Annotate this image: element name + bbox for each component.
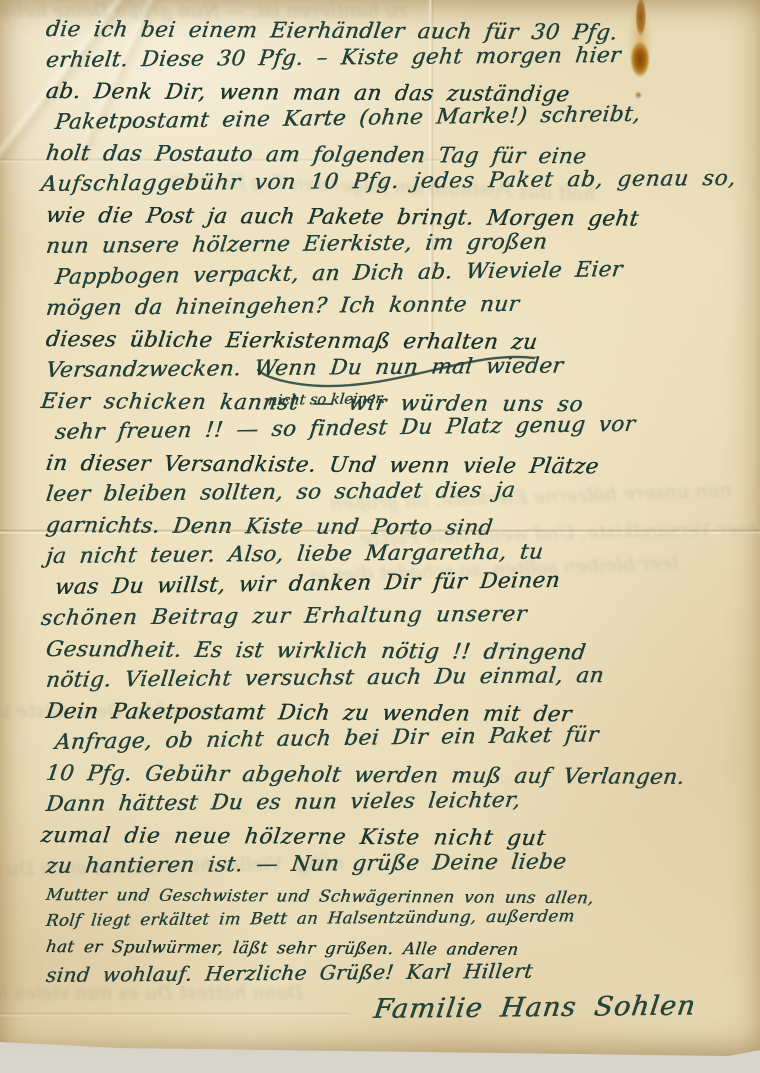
handwriting-line: leer bleiben sollten, so schadet dies ja: [44, 473, 746, 510]
handwriting-line: Dann hättest Du es nun vieles leichter,: [44, 783, 746, 820]
closing-row: sind wohlauf. Herzliche Grüße! Karl Hill…: [46, 960, 744, 990]
letter-body: die ich bei einem Eierhändler auch für 3…: [0, 0, 760, 1026]
insertion-note: nicht so kleiner.: [267, 391, 386, 409]
letter-page: holt das Postauto am folgenden Tag für e…: [0, 0, 760, 1058]
handwriting-line: zu hantieren ist. — Nun grüße Deine lieb…: [44, 845, 746, 882]
body-paragraph: die ich bei einem Eierhändler auch für 3…: [46, 14, 744, 882]
signature: Familie Hans Sohlen: [371, 988, 746, 1028]
insertion-swoosh-stroke: [252, 348, 542, 396]
closing-line: sind wohlauf. Herzliche Grüße! Karl Hill…: [44, 954, 746, 990]
scan-background: holt das Postauto am folgenden Tag für e…: [0, 0, 760, 1073]
postscript-paragraph: Mutter und Geschwister und Schwägerinnen…: [46, 882, 744, 960]
handwriting-line: nötig. Vielleicht versuchst auch Du einm…: [44, 659, 746, 696]
handwriting-line: Aufschlaggebühr von 10 Pfg. jedes Paket …: [39, 163, 746, 200]
handwriting-line: mögen da hineingehen? Ich konnte nur: [44, 287, 746, 324]
handwriting-line: schönen Beitrag zur Erhaltung unserer: [39, 597, 746, 634]
handwriting-line: erhielt. Diese 30 Pfg. – Kiste geht morg…: [44, 39, 746, 76]
handwriting-line: Rolf liegt erkältet im Bett an Halsentzü…: [45, 902, 747, 934]
